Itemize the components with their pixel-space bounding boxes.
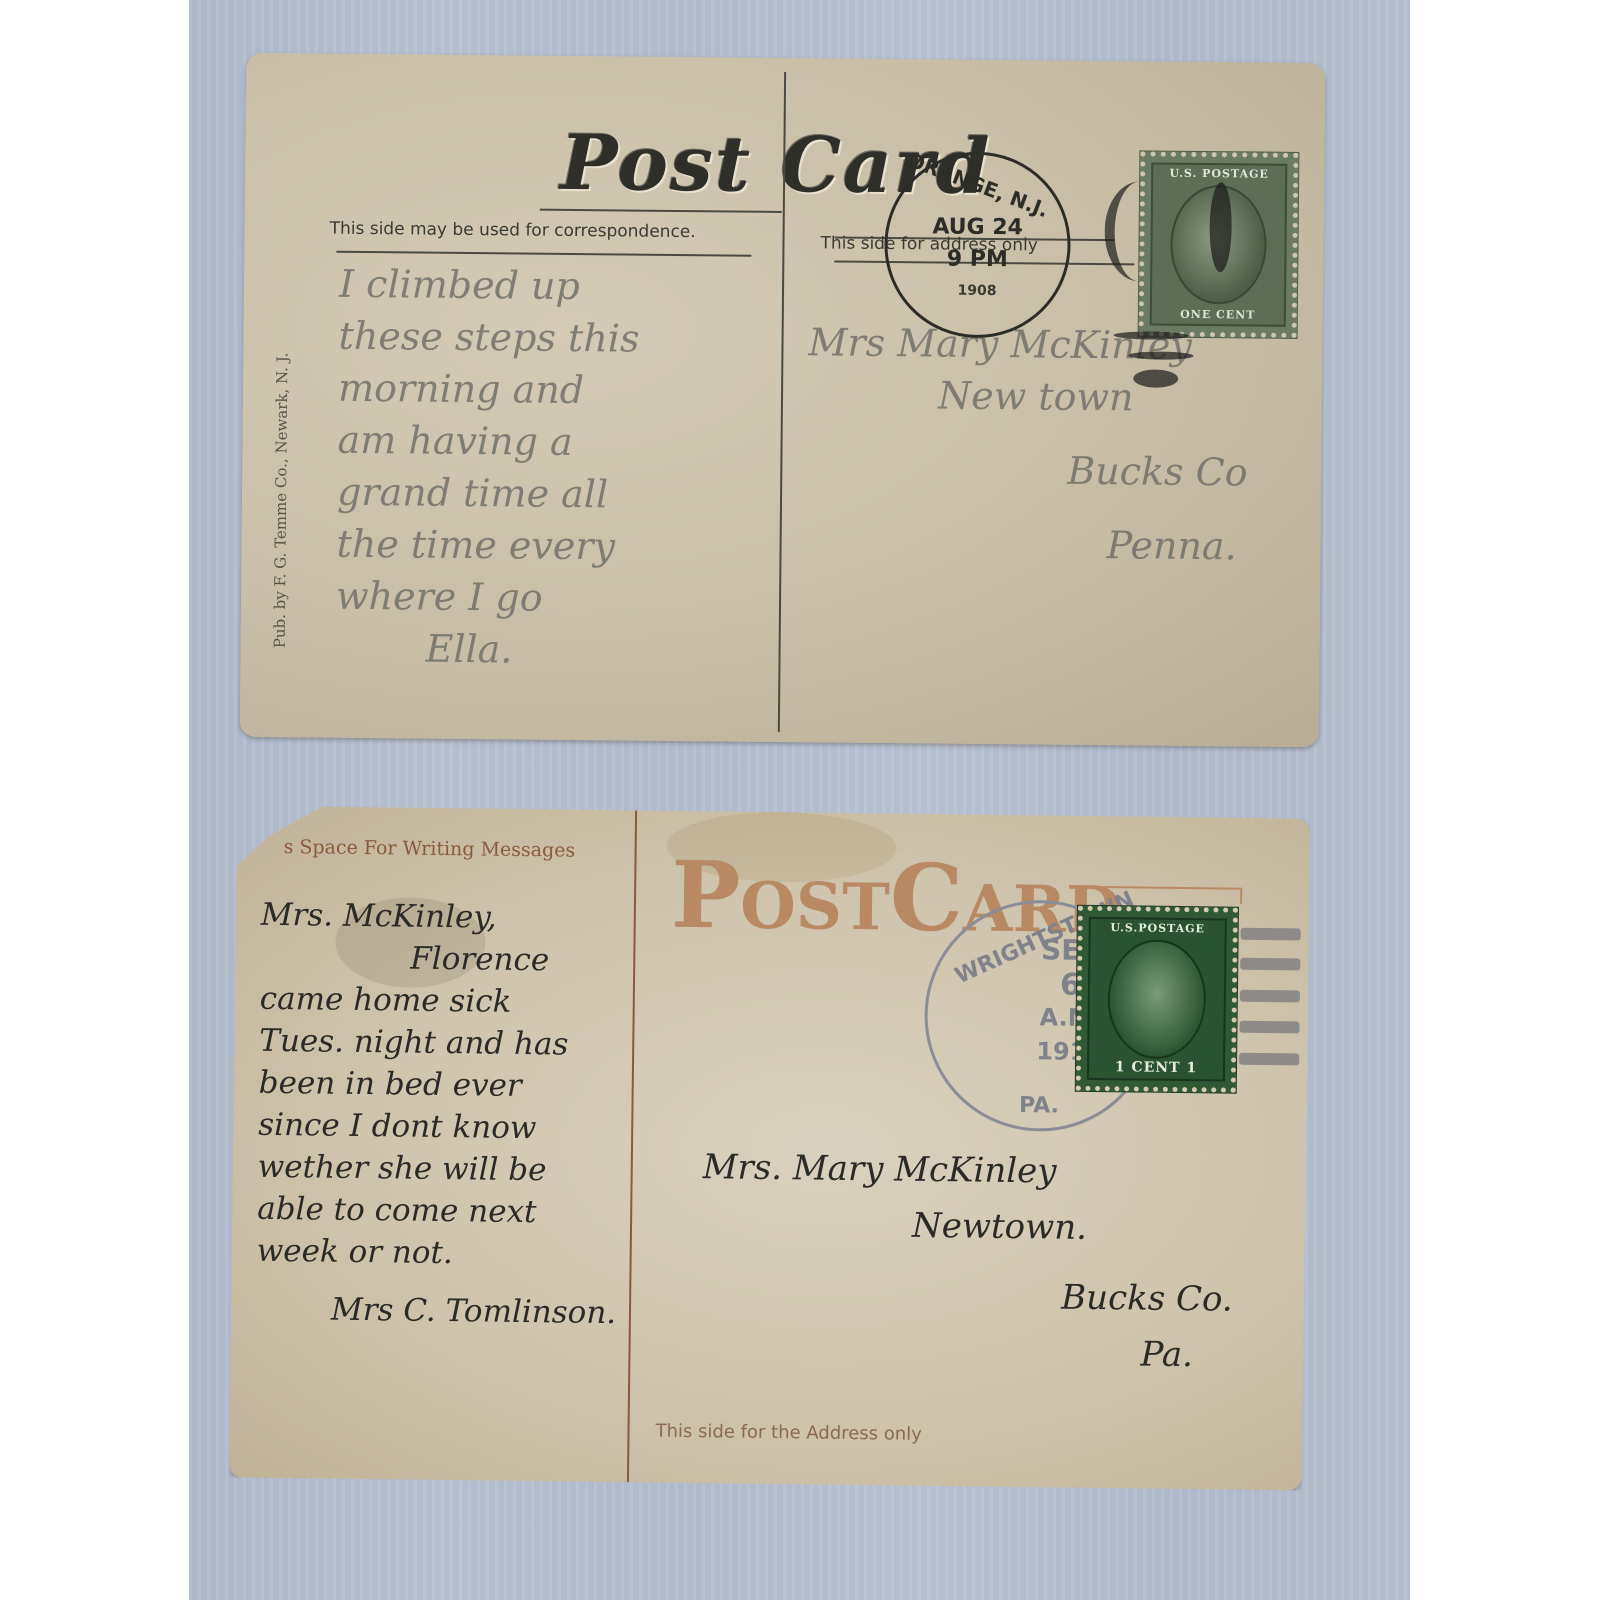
stamp-value-text: ONE CENT [1152, 308, 1284, 322]
signature: Ella. [335, 622, 636, 677]
message-line: morning and [338, 362, 639, 417]
stamp-top-text: U.S. POSTAGE [1153, 167, 1285, 181]
postcard-top: Post Card This side may be used for corr… [240, 53, 1326, 747]
postmark-date: AUG 24 [888, 214, 1068, 241]
message-line: Florence [260, 936, 621, 982]
postmark-circle: ORANGE, N.J. AUG 24 9 PM 1908 [884, 151, 1072, 339]
postage-stamp: U.S.POSTAGE 1 CENT 1 [1076, 906, 1238, 1093]
stamp-top-text: U.S.POSTAGE [1091, 921, 1225, 936]
address-line: Pa. [700, 1321, 1232, 1383]
handwritten-message: I climbed up these steps this morning an… [335, 258, 640, 677]
cancel-line [1239, 1053, 1299, 1066]
address-line: New town [808, 368, 1249, 424]
message-line: wether she will be [257, 1146, 618, 1192]
cancel-line [1240, 990, 1300, 1003]
postmark-state: PA. [926, 1092, 1151, 1120]
signature: Mrs C. Tomlinson. [256, 1288, 617, 1334]
message-line: the time every [336, 518, 637, 573]
postmark-year: 1908 [887, 282, 1067, 300]
handwritten-address: Mrs. Mary McKinley Newtown. Bucks Co. Pa… [700, 1139, 1234, 1383]
message-space-label: s Space For Writing Messages [284, 836, 576, 862]
washington-portrait-icon [1107, 939, 1206, 1059]
address-line: Mrs. Mary McKinley [702, 1139, 1234, 1201]
address-line: Bucks Co. [701, 1265, 1233, 1327]
correspondence-underline [336, 251, 751, 257]
cancel-line [1240, 958, 1300, 971]
stamp-value-text: 1 CENT 1 [1089, 1059, 1223, 1077]
handwritten-message: Mrs. McKinley, Florence came home sick T… [256, 894, 621, 1334]
message-line: been in bed ever [259, 1062, 620, 1108]
message-line: able to come next [257, 1188, 618, 1234]
message-line: these steps this [338, 310, 639, 365]
message-line: Tues. night and has [259, 1020, 620, 1066]
cancel-line [1239, 1021, 1299, 1034]
message-line: Mrs. McKinley, [261, 894, 622, 940]
message-line: week or not. [256, 1230, 617, 1276]
message-line: am having a [337, 414, 638, 469]
correspondence-label: This side may be used for correspondence… [330, 219, 696, 243]
postcard-bottom: s Space For Writing Messages POSTCARD Mr… [229, 805, 1310, 1490]
message-line: came home sick [260, 978, 621, 1024]
message-line: I climbed up [339, 258, 640, 313]
message-line: since I dont know [258, 1104, 619, 1150]
center-divider [627, 810, 637, 1482]
message-line: grand time all [337, 466, 638, 521]
address-line: Penna. [806, 516, 1247, 572]
address-line: Newtown. [702, 1195, 1234, 1257]
postmark-time: 9 PM [887, 246, 1067, 273]
address-line: Bucks Co [807, 442, 1248, 498]
address-side-label: This side for the Address only [655, 1421, 922, 1445]
publisher-imprint: Pub. by F. G. Temme Co., Newark, N. J. [271, 353, 292, 649]
ink-cancel-bar [1133, 369, 1178, 387]
message-line: where I go [336, 570, 637, 625]
title-underline [540, 209, 782, 213]
cancel-line [1241, 928, 1301, 941]
